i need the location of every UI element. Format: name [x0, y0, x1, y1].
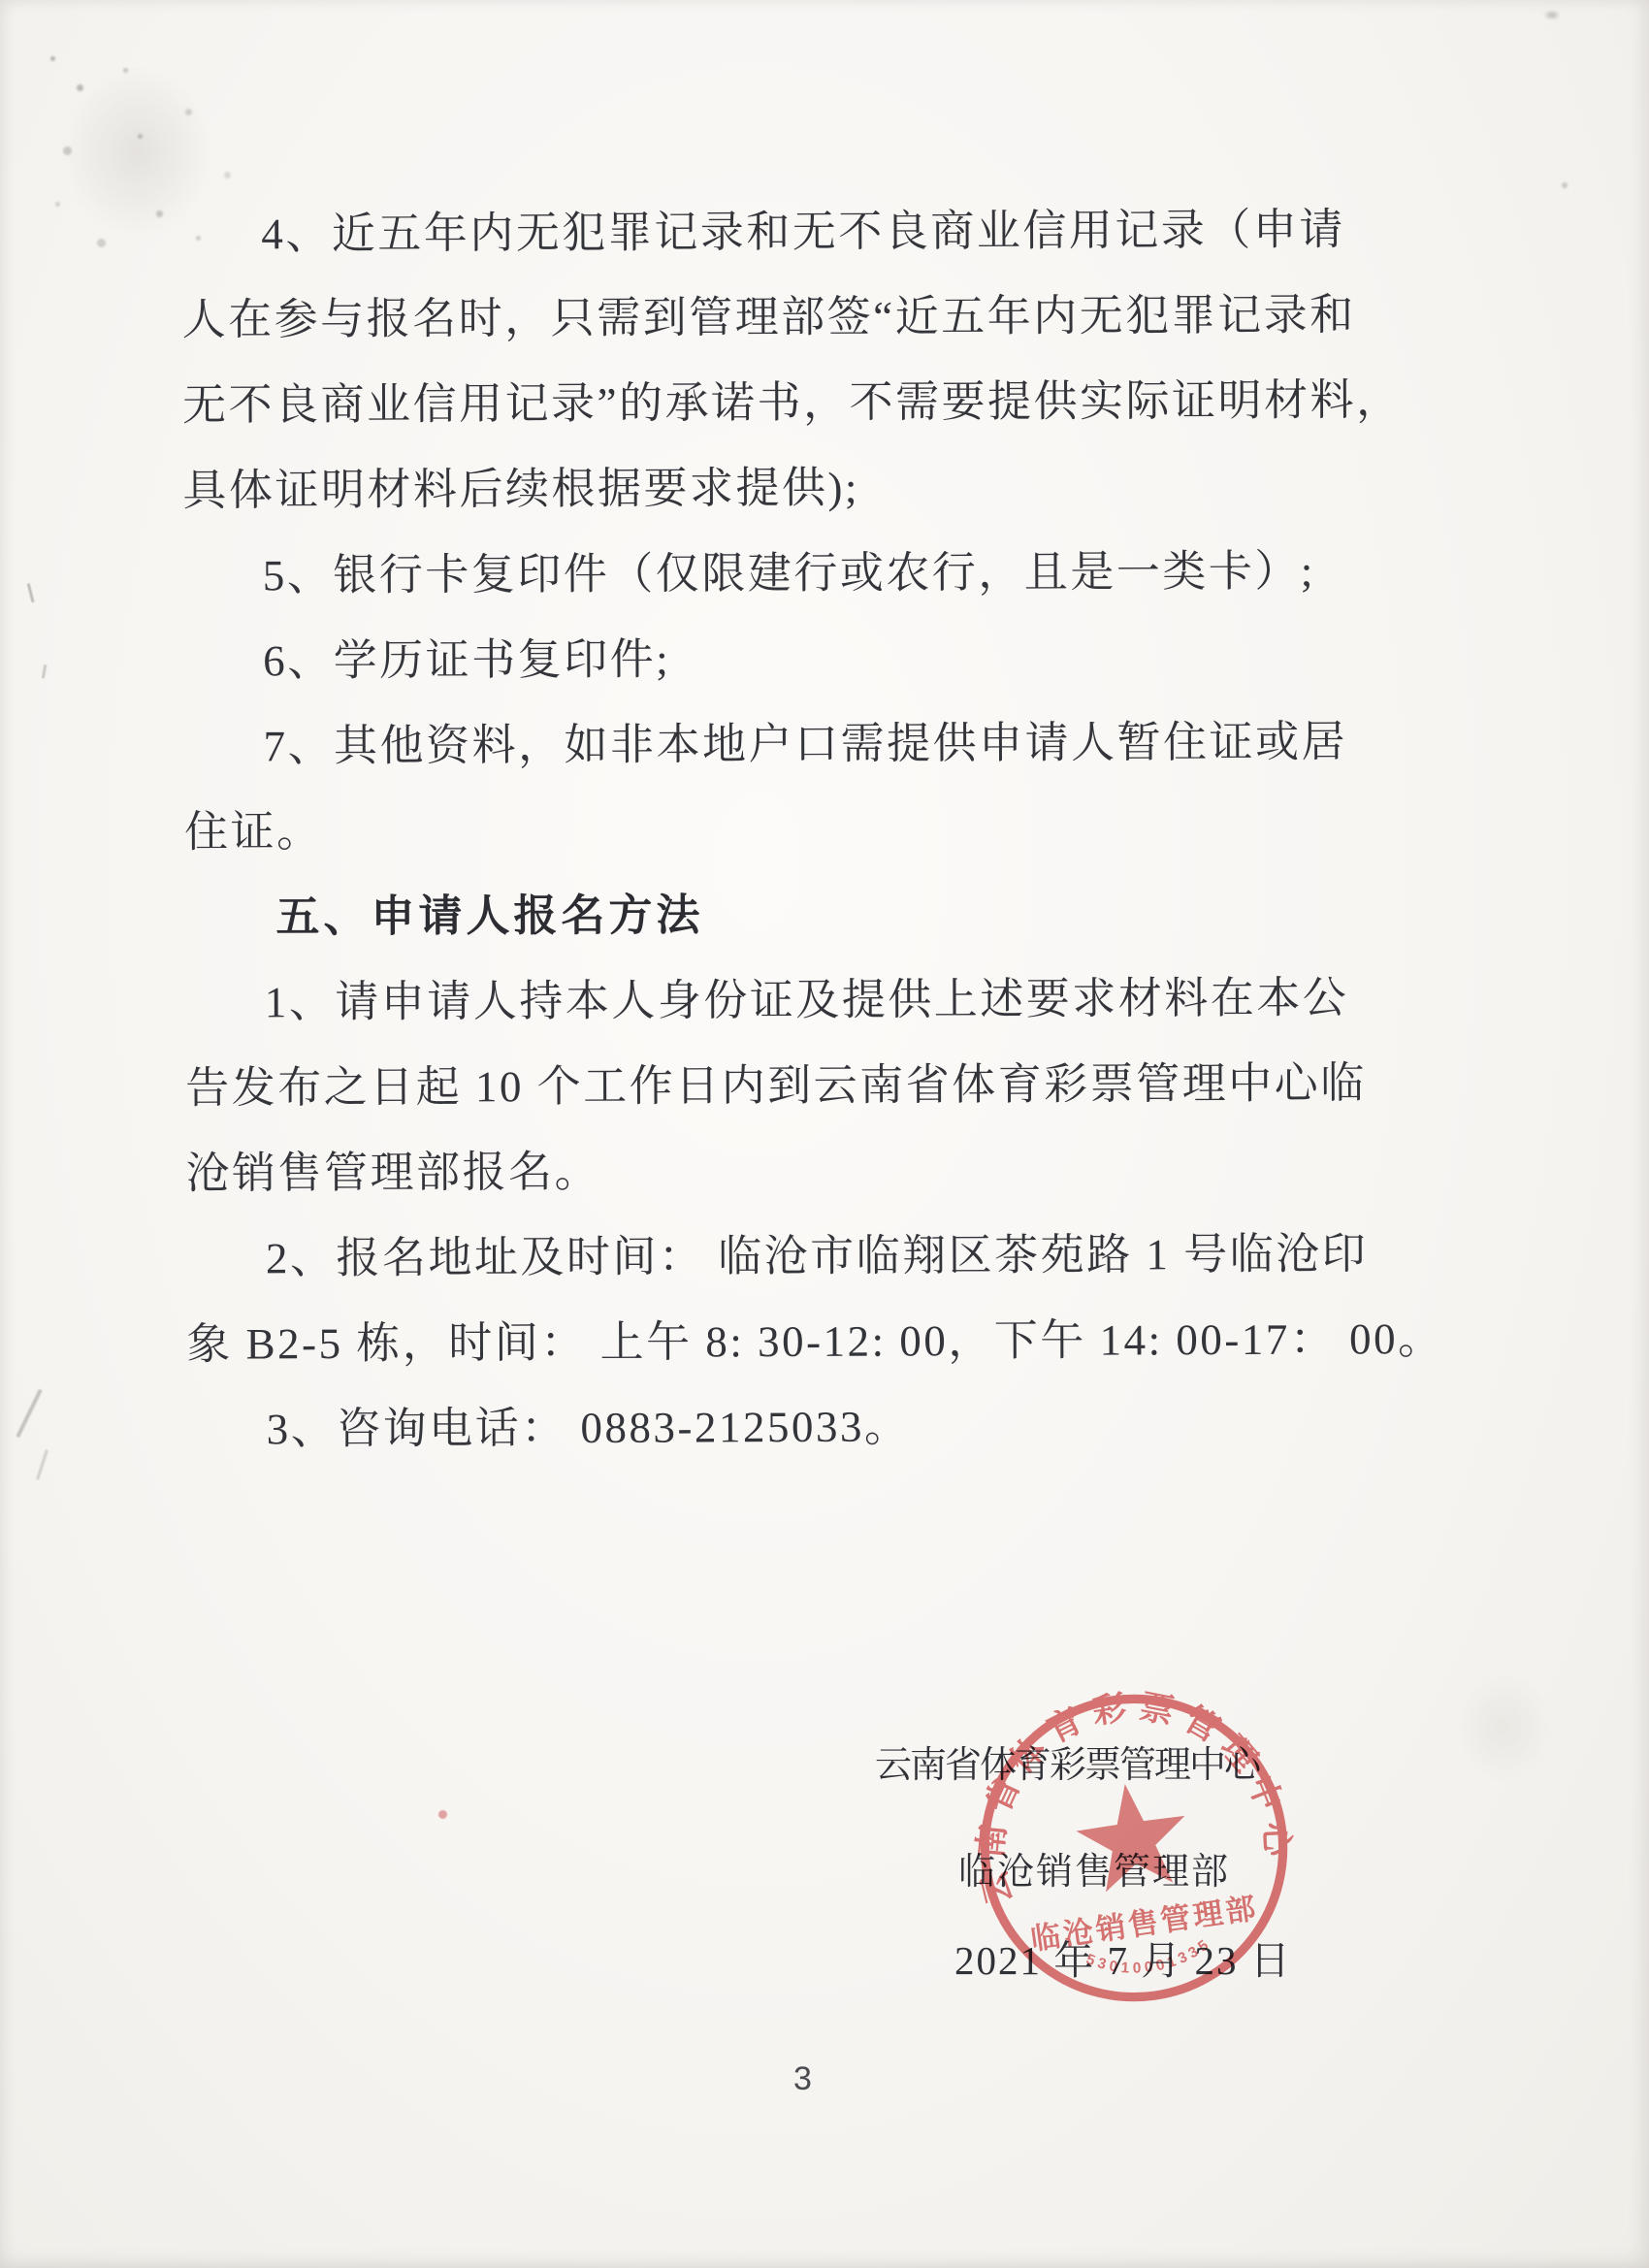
text-line: 7、其他资料，如非本地户口需提供申请人暂住证或居 [183, 698, 1398, 789]
text-line: 2、报名地址及时间： 临沧市临翔区茶苑路 1 号临沧印 [186, 1211, 1401, 1301]
scan-smudge [1436, 1649, 1571, 1804]
text-line: 3、咨询电话： 0883-2125033。 [187, 1381, 1402, 1472]
text-line: 五、申请人报名方法 [184, 869, 1399, 959]
text-line: 人在参与报名时，只需到管理部签“近五年内无犯罪记录和 [182, 272, 1397, 362]
text-line: 无不良商业信用记录”的承诺书，不需要提供实际证明材料， [182, 357, 1397, 447]
text-line: 4、近五年内无犯罪记录和无不良商业信用记录（申请 [181, 186, 1396, 276]
document-body: 4、近五年内无犯罪记录和无不良商业信用记录（申请人在参与报名时，只需到管理部签“… [181, 186, 1402, 1472]
seal-star-icon [1071, 1776, 1194, 1895]
scan-streak [36, 1449, 48, 1479]
text-line: 象 B2-5 栋，时间： 上午 8: 30-12: 00，下午 14: 00-1… [186, 1296, 1401, 1386]
scan-mark [42, 664, 54, 680]
text-line: 住证。 [184, 784, 1399, 874]
text-line: 具体证明材料后续根据要求提供); [182, 442, 1397, 533]
scanned-document-page: 4、近五年内无犯罪记录和无不良商业信用记录（申请人在参与报名时，只需到管理部签“… [0, 0, 1649, 2268]
text-line: 6、学历证书复印件; [183, 613, 1398, 703]
text-line: 沧销售管理部报名。 [185, 1125, 1400, 1215]
official-seal: 云南省体育彩票管理中心 临沧销售管理部 53010001335 [949, 1663, 1319, 2033]
scan-streak [16, 1389, 42, 1438]
scan-mark [1540, 8, 1564, 22]
scan-speckles [50, 56, 55, 61]
page-number: 3 [793, 2060, 812, 2098]
ink-speck [438, 1810, 447, 1819]
text-line: 告发布之日起 10 个工作日内到云南省体育彩票管理中心临 [185, 1040, 1400, 1130]
scan-speck [1562, 182, 1568, 188]
seal-dept-text: 临沧销售管理部 [1028, 1891, 1260, 1957]
text-line: 5、银行卡复印件（仅限建行或农行，且是一类卡）; [183, 528, 1398, 618]
scan-mark [27, 581, 44, 603]
text-line: 1、请申请人持本人身份证及提供上述要求材料在本公 [185, 955, 1400, 1045]
